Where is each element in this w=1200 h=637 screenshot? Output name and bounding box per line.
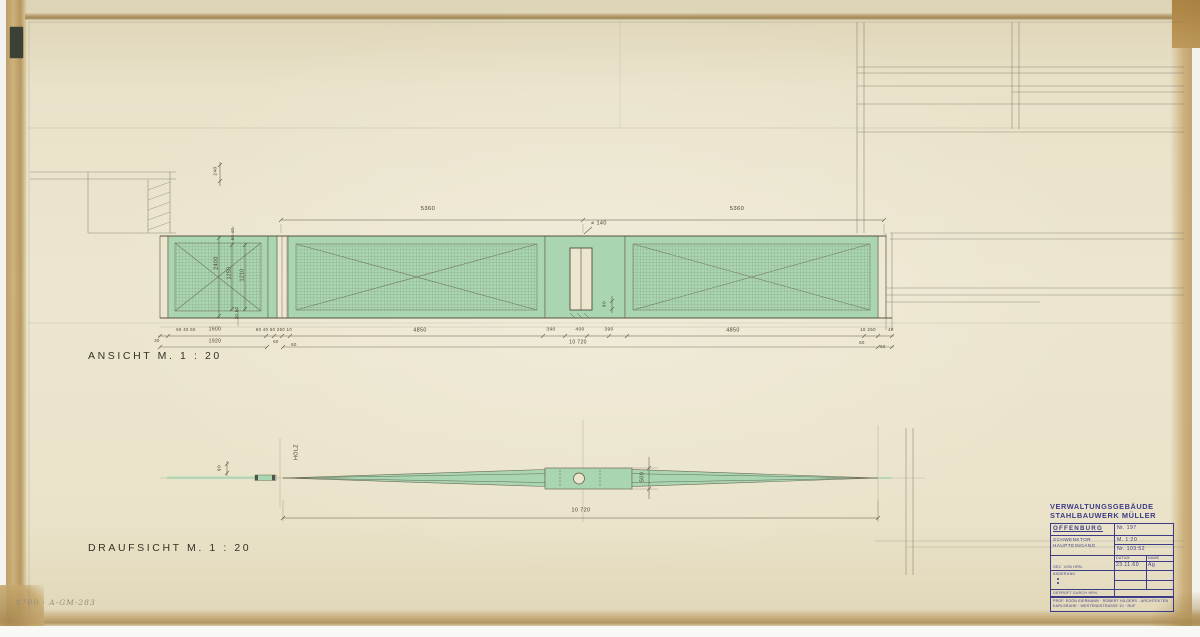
project-title-line1: VERWALTUNGSGEBÄUDE <box>1050 502 1174 511</box>
title-block-table: OFFENBURG Nr. 197 SCHWENKTOR HAUPTEINGAN… <box>1050 523 1174 613</box>
dim-60-b: 60 <box>291 343 296 347</box>
dim-60-a: 60 <box>273 340 278 344</box>
dim-5360-left: 5360 <box>421 207 436 213</box>
scale-cell: M. 1:20 <box>1115 536 1173 546</box>
dim-60-c: 60 <box>859 341 864 345</box>
archive-pencil-note: 8700 · A-GM-283 <box>16 598 96 607</box>
dim-60-40-60-250-10: 60 40 60 250 10 <box>256 328 292 332</box>
drawn-by-label: GEZ. VON HRN. <box>1051 556 1115 570</box>
dim-60-40-top: 60 40 <box>231 228 235 240</box>
architect-office: PROF. EGON EIERMANN · ROBERT HILGERS · A… <box>1051 597 1173 612</box>
dim-390-left: 390 <box>546 329 555 334</box>
revision-cell: ÄNDERUNG <box>1051 571 1115 589</box>
dim-1920: 1920 <box>209 340 222 345</box>
dim-1600: 1600 <box>209 328 222 333</box>
city-cell: OFFENBURG <box>1051 524 1115 535</box>
dim-60-40-60-left: 60 40 60 <box>176 328 196 332</box>
elevation-view-label: ANSICHT M. 1 : 20 <box>88 350 222 362</box>
project-title-line2: STAHLBAUWERK MÜLLER <box>1050 511 1174 520</box>
dim-5360-right: 5360 <box>730 207 745 213</box>
dim-390-right: 390 <box>604 329 613 334</box>
date-header: DATUM <box>1115 556 1147 562</box>
dim-90-plan: 90 <box>219 465 224 471</box>
dim-1210: 1210 <box>241 269 246 282</box>
dim-90-post: 90 <box>604 301 609 307</box>
drawing-sheet-photo: 5360≠ 140536060 40 60160060 40 60 250 10… <box>0 0 1200 637</box>
dim-2400: 2400 <box>214 256 219 270</box>
dim-30: 30 <box>154 339 159 343</box>
dim-4850-right: 4850 <box>726 328 740 333</box>
dim-4850-left: 4850 <box>413 328 427 333</box>
subject-cell: SCHWENKTOR HAUPTEINGANG <box>1051 536 1115 555</box>
checked-by-label: GEPRÜFT DURCH HRN. <box>1051 590 1115 596</box>
dim-40-right: 40 <box>888 328 893 332</box>
label-holz: HOLZ <box>294 444 299 460</box>
drawing-number-cell: Nr. 197 <box>1115 524 1173 535</box>
dim-10720-elevation: 10 720 <box>569 341 587 346</box>
dim-240: 240 <box>215 166 220 175</box>
dim-1250: 1250 <box>228 267 233 280</box>
dim-400: 400 <box>575 329 584 334</box>
dim-140-post: ≠ 140 <box>591 221 606 226</box>
dim-30-60-bottom: 30 60 <box>235 307 239 319</box>
file-number-cell: Nr. 103:52 <box>1115 545 1173 553</box>
title-block: VERWALTUNGSGEBÄUDE STAHLBAUWERK MÜLLER O… <box>1050 502 1174 612</box>
plan-view-label: DRAUFSICHT M. 1 : 20 <box>88 542 251 554</box>
dim-60-d: 60 <box>880 345 885 349</box>
revision-dot <box>1057 578 1059 580</box>
dim-10720-plan: 10 720 <box>572 508 591 513</box>
name-header: NAME <box>1147 556 1173 562</box>
dim-500-plan: 500 <box>640 472 645 482</box>
revision-dot <box>1057 582 1059 584</box>
dim-10-250: 10 250 <box>860 328 876 332</box>
